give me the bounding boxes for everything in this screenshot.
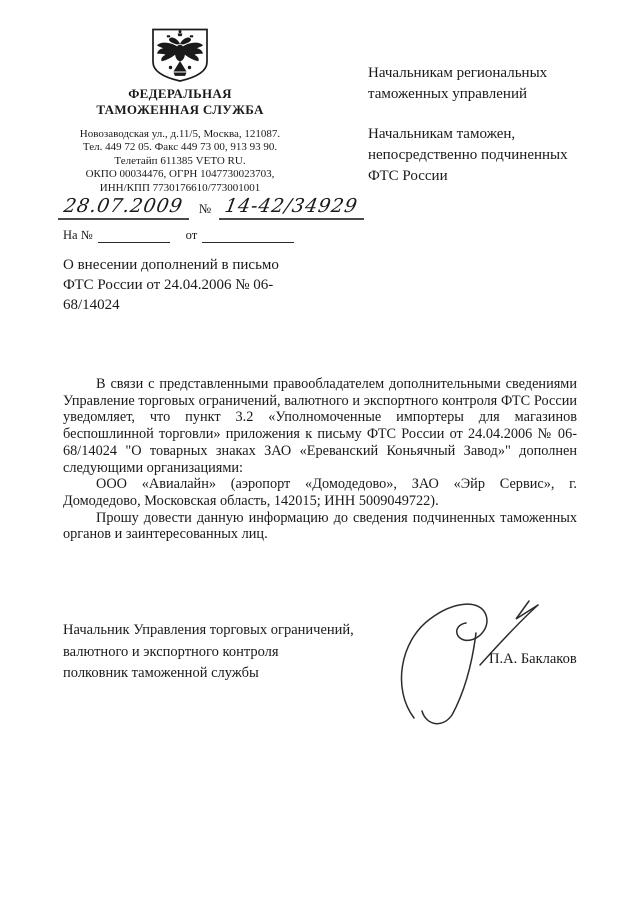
recipient-line: Начальникам региональных <box>368 63 547 84</box>
org-address-line: Тел. 449 72 05. Факс 449 73 00, 913 93 9… <box>25 141 335 154</box>
signer-title-line: Начальник Управления торговых ограничени… <box>63 620 354 642</box>
recipient-block-customs: Начальникам таможен, непосредственно под… <box>368 124 568 187</box>
org-address-line: ОКПО 00034476, ОГРН 1047730023703, <box>25 168 335 181</box>
coat-of-arms-icon <box>149 27 211 84</box>
org-name-line: ФЕДЕРАЛЬНАЯ <box>30 86 330 102</box>
reply-number-label: На № <box>63 228 93 243</box>
body-paragraph: В связи с представленными правообладател… <box>63 376 577 476</box>
letter-number-field: 14-42/34929 <box>219 195 364 220</box>
body-paragraph: ООО «Авиалайн» (аэропорт «Домодедово», З… <box>63 476 577 509</box>
subject-line: 68/14024 <box>63 296 279 316</box>
signer-title-line: полковник таможенной службы <box>63 663 354 685</box>
signer-title-line: валютного и экспортного контроля <box>63 642 354 664</box>
org-name: ФЕДЕРАЛЬНАЯ ТАМОЖЕННАЯ СЛУЖБА <box>30 86 330 117</box>
recipient-line: Начальникам таможен, <box>368 124 568 145</box>
letter-number-value: 14-42/34929 <box>223 195 360 217</box>
recipient-line: таможенных управлений <box>368 84 547 105</box>
org-address-line: ИНН/КПП 7730176610/773001001 <box>25 182 335 195</box>
official-letter-page: ФЕДЕРАЛЬНАЯ ТАМОЖЕННАЯ СЛУЖБА Новозаводс… <box>0 0 640 900</box>
number-sign-label: № <box>199 201 211 217</box>
signer-title: Начальник Управления торговых ограничени… <box>63 620 354 685</box>
letter-date-field: 28.07.2009 <box>58 195 189 220</box>
signer-name: П.А. Баклаков <box>489 651 577 668</box>
reference-row: 28.07.2009 № 14-42/34929 <box>58 195 364 220</box>
body-paragraph: Прошу довести данную информацию до сведе… <box>63 510 577 543</box>
subject-line: ФТС России от 24.04.2006 № 06- <box>63 276 279 296</box>
org-address: Новозаводская ул., д.11/5, Москва, 12108… <box>25 128 335 195</box>
reply-date-blank <box>202 229 294 243</box>
letter-date-value: 28.07.2009 <box>62 195 185 217</box>
subject-line: О внесении дополнений в письмо <box>63 256 279 276</box>
recipient-line: ФТС России <box>368 166 568 187</box>
letter-body: В связи с представленными правообладател… <box>63 376 577 543</box>
org-name-line: ТАМОЖЕННАЯ СЛУЖБА <box>30 102 330 118</box>
reply-date-label: от <box>186 228 198 243</box>
reply-reference-row: На № от <box>63 228 294 243</box>
org-address-line: Телетайп 611385 VETO RU. <box>25 155 335 168</box>
reply-number-blank <box>98 229 170 243</box>
recipient-block-regional: Начальникам региональных таможенных упра… <box>368 63 547 105</box>
recipient-line: непосредственно подчиненных <box>368 145 568 166</box>
org-address-line: Новозаводская ул., д.11/5, Москва, 12108… <box>25 128 335 141</box>
letter-subject: О внесении дополнений в письмо ФТС Росси… <box>63 256 279 315</box>
